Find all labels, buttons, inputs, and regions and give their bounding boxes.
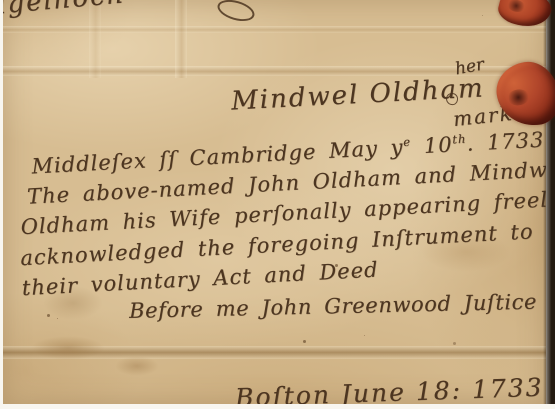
stain: [115, 356, 159, 376]
ink-specks: [303, 340, 306, 343]
fold-crease-horizontal-1: [3, 26, 546, 33]
cut-off-text-fragment: igelhoch: [3, 0, 126, 21]
acknowledgment-paragraph: Middleſex ſſ Cambridge May ye 10th. 1733…: [3, 127, 546, 156]
boston-dateline: Boſton June 18: 1733: [235, 373, 544, 404]
ink-specks: [47, 314, 50, 317]
manuscript-paper: igelhoch Mindwel Oldham her mark Middleſ…: [3, 0, 546, 404]
justice-attestation-line: Before me John Greenwood Juſtice of Peac…: [129, 287, 546, 323]
fold-crease-vertical-1: [175, 0, 187, 78]
line1-year: . 1733: [466, 128, 545, 156]
pen-flourish-loop: [215, 0, 257, 25]
line1-day: 10: [411, 132, 454, 158]
photo-dark-edge: [543, 0, 555, 404]
superscript-th: th: [452, 132, 467, 147]
scanned-photo-frame: igelhoch Mindwel Oldham her mark Middleſ…: [0, 0, 555, 409]
stain: [31, 336, 105, 360]
